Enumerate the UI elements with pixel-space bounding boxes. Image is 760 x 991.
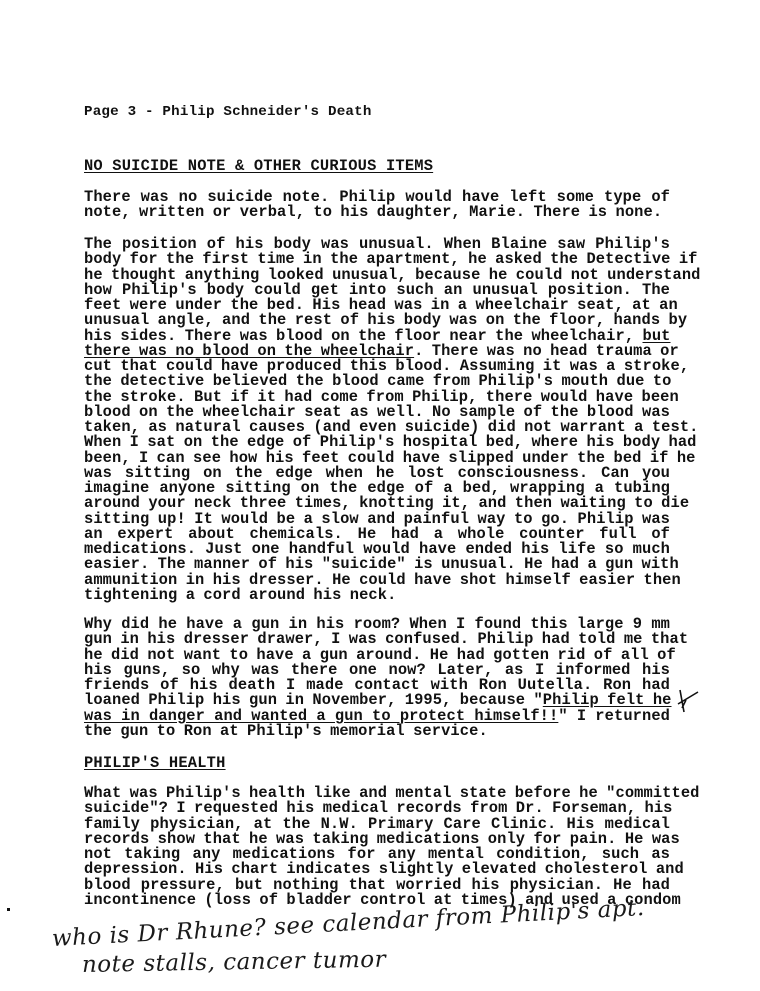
paragraph-no-suicide-note: There was no suicide note. Philip would … xyxy=(84,190,670,221)
scanned-document-page: Page 3 - Philip Schneider's Death NO SUI… xyxy=(0,0,760,991)
text-line: note, written or verbal, to his daughter… xyxy=(84,205,670,220)
section-heading-no-suicide-note: NO SUICIDE NOTE & OTHER CURIOUS ITEMS xyxy=(84,158,433,174)
section-heading-philips-health: PHILIP'S HEALTH xyxy=(84,755,226,771)
text-line: tightening a cord around his neck. xyxy=(84,588,670,603)
paragraph-gun: Why did he have a gun in his room? When … xyxy=(84,617,670,739)
text-line: the gun to Ron at Philip's memorial serv… xyxy=(84,724,670,739)
page-header: Page 3 - Philip Schneider's Death xyxy=(84,104,372,120)
handwritten-note: note stalls, cancer tumor xyxy=(82,947,387,978)
check-mark-icon xyxy=(676,686,700,716)
text-fragment: " I returned xyxy=(558,707,670,725)
scan-speck xyxy=(7,908,10,911)
paragraph-health: What was Philip's health like and mental… xyxy=(84,786,670,908)
paragraph-body-position: The position of his body was unusual. Wh… xyxy=(84,237,670,603)
